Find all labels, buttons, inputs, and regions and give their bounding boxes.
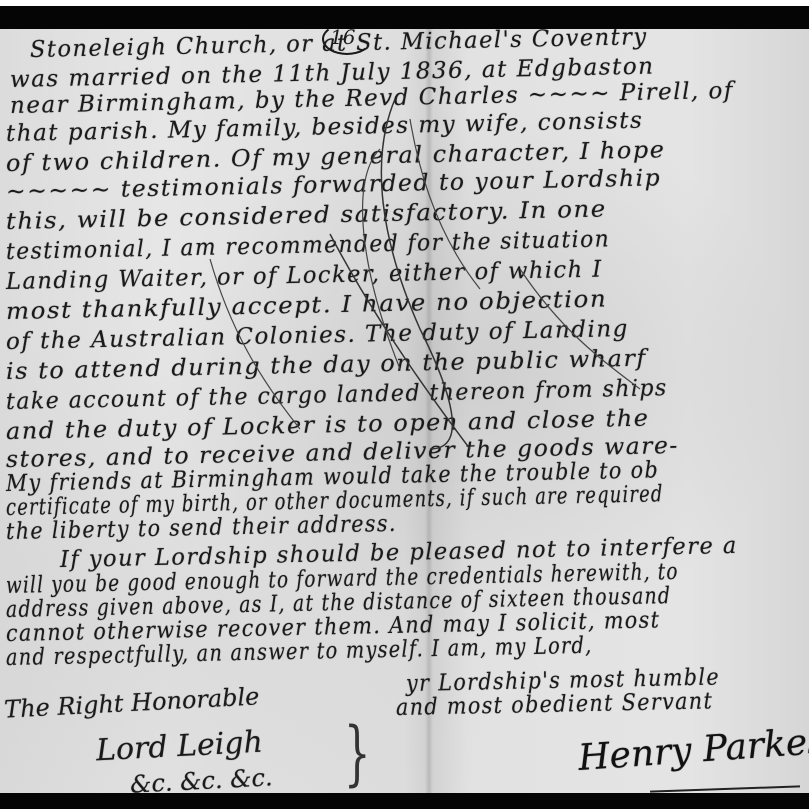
addressee-etc: &c. &c. &c. (129, 763, 273, 793)
addressee-name: Lord Leigh (95, 725, 263, 769)
letter-paper: 16 Stoneleigh Church, or at St. Michael'… (0, 29, 809, 793)
signature-underline (650, 785, 800, 792)
closing-line: and most obedient Servant (396, 688, 714, 721)
addressee-title: The Right Honorable (3, 682, 260, 723)
scan-border-top (0, 6, 809, 29)
scanned-page-frame: 16 Stoneleigh Church, or at St. Michael'… (0, 0, 809, 809)
address-brace-flourish: } (344, 712, 371, 793)
signature: Henry Parkes. (577, 720, 809, 779)
scan-border-bottom (0, 793, 809, 809)
